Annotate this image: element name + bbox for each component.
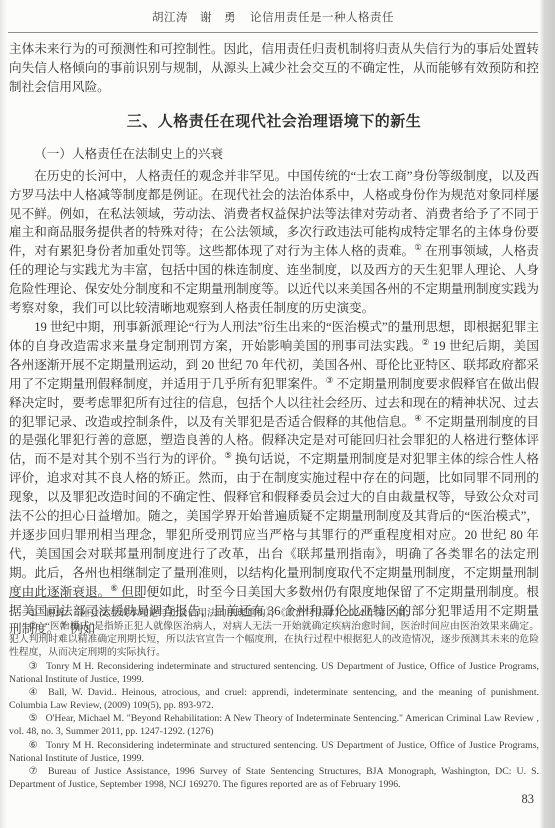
footnote-ref: ⑤ [224,450,232,460]
footnote-ref: ④ [414,412,422,422]
footnote-marker: ② [29,621,38,632]
scan-edge-left [0,0,7,828]
footnote: ①谢勇：《社会交互成本理论与社会信用法的法理重构》，《政治与法律》2024 年第… [9,607,539,620]
subsection-heading: （一）人格责任在法制史上的兴衰 [9,145,539,164]
section-heading: 三、人格责任在现代社会治理语境下的新生 [9,110,539,131]
footnote-text: 谢勇：《社会交互成本理论与社会信用法的法理重构》，《政治与法律》2024 年第 … [45,608,415,619]
footnote-separator-rule [9,597,145,598]
scan-edge-right [540,0,555,828]
footnote: ⑤O'Hear, Michael M. "Beyond Rehabilitati… [9,712,539,738]
footnote-text: “医治模式”是指矫正犯人就像医治病人，对病人无法一开始就确定疾病治愈时间，医治时… [9,621,539,658]
footnote-marker: ④ [29,687,40,698]
running-head: 胡江涛 谢 勇论信用责任是一种人格责任 [8,9,538,33]
footnote-marker: ⑤ [29,713,38,724]
footnote-text: Tonry M H. Reconsidering indeterminate a… [9,661,539,685]
footnote-block: ①谢勇：《社会交互成本理论与社会信用法的法理重构》，《政治与法律》2024 年第… [9,597,539,791]
footnote-ref: ⑥ [110,582,118,592]
footnote: ⑥Tonry M H. Reconsidering indeterminate … [9,739,539,765]
paragraph-history: 在历史的长河中，人格责任的观念并非罕见。中国传统的“士农工商”身份等级制度，以及… [9,167,539,318]
article-body: 主体未来行为的可预测性和可控制性。因此，信用责任归责机制将归责从失信行为的事后处… [9,40,539,639]
footnote-marker: ⑥ [29,740,39,751]
footnote-text: Ball, W. David.. Heinous, atrocious, and… [9,687,539,711]
journal-page: 胡江涛 谢 勇论信用责任是一种人格责任 主体未来行为的可预测性和可控制性。因此，… [0,0,555,828]
footnote: ③Tonry M H. Reconsidering indeterminate … [9,660,539,686]
footnote-ref: ③ [326,375,334,385]
footnote-marker: ① [29,608,38,619]
footnote: ②“医治模式”是指矫正犯人就像医治病人，对病人无法一开始就确定疾病治愈时间，医治… [9,620,539,659]
running-head-authors: 胡江涛 谢 勇 [152,12,236,24]
footnote-marker: ⑦ [29,766,40,777]
footnote-text: Bureau of Justice Assistance, 1996 Surve… [9,766,539,790]
paragraph-continuation: 主体未来行为的可预测性和可控制性。因此，信用责任归责机制将归责从失信行为的事后处… [9,40,539,97]
running-head-title: 论信用责任是一种人格责任 [250,12,394,24]
footnote-ref: ① [414,242,422,252]
paragraph-sentencing: 19 世纪中期，刑事新派理论“行为人刑法”衍生出来的“医治模式”的量刑思想，即根… [9,318,539,639]
footnote-ref: ② [422,337,430,347]
footnote-text: Tonry M H. Reconsidering indeterminate a… [9,740,539,764]
page-number: 83 [522,792,535,807]
footnote-marker: ③ [29,661,39,672]
footnote-text: O'Hear, Michael M. "Beyond Rehabilitatio… [9,713,539,737]
footnote: ④Ball, W. David.. Heinous, atrocious, an… [9,686,539,712]
footnote: ⑦Bureau of Justice Assistance, 1996 Surv… [9,765,539,791]
